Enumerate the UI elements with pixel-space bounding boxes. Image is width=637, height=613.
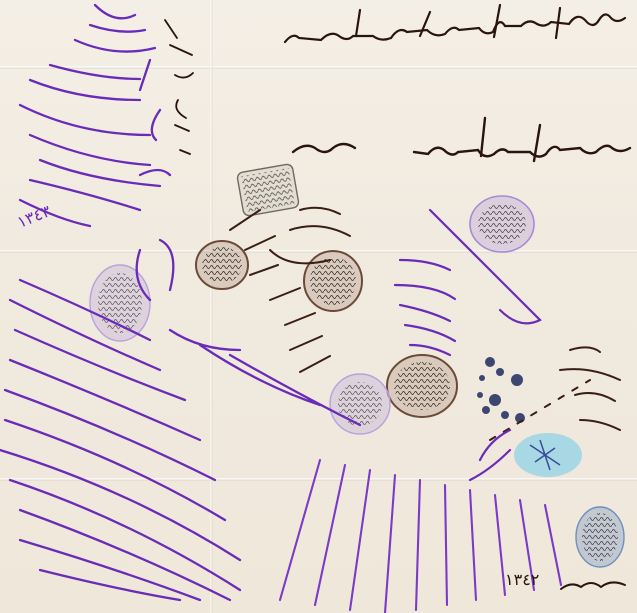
ink-stamp-dark-blue xyxy=(477,357,525,423)
bottom-center-purple-notes xyxy=(280,460,561,613)
oval-seal-purple-top-right xyxy=(470,196,534,252)
oval-seal-brown-1 xyxy=(196,241,248,289)
oval-seal-purple-left xyxy=(90,265,150,341)
oval-seal-brown-3 xyxy=(387,355,457,417)
center-right-purple-notes xyxy=(395,210,540,480)
document-photo: ١٣٤٣ xyxy=(0,0,637,613)
side-notes-black xyxy=(165,20,193,154)
oval-seal-brown-2 xyxy=(304,251,362,311)
left-date-numeral: ١٣٤٣ xyxy=(14,201,53,232)
bottom-right-date-line xyxy=(561,582,625,589)
cyan-ink-stain xyxy=(514,433,582,477)
header-line-2 xyxy=(293,118,630,161)
rectangular-seal xyxy=(237,163,300,216)
oval-seal-blue-bottom-right xyxy=(576,507,624,567)
bottom-right-date: ١٣٤٢ xyxy=(505,570,539,589)
header-line-1 xyxy=(285,5,625,42)
left-margin-notes xyxy=(20,5,170,226)
handwriting-layer: ١٣٤٣ xyxy=(0,0,637,613)
